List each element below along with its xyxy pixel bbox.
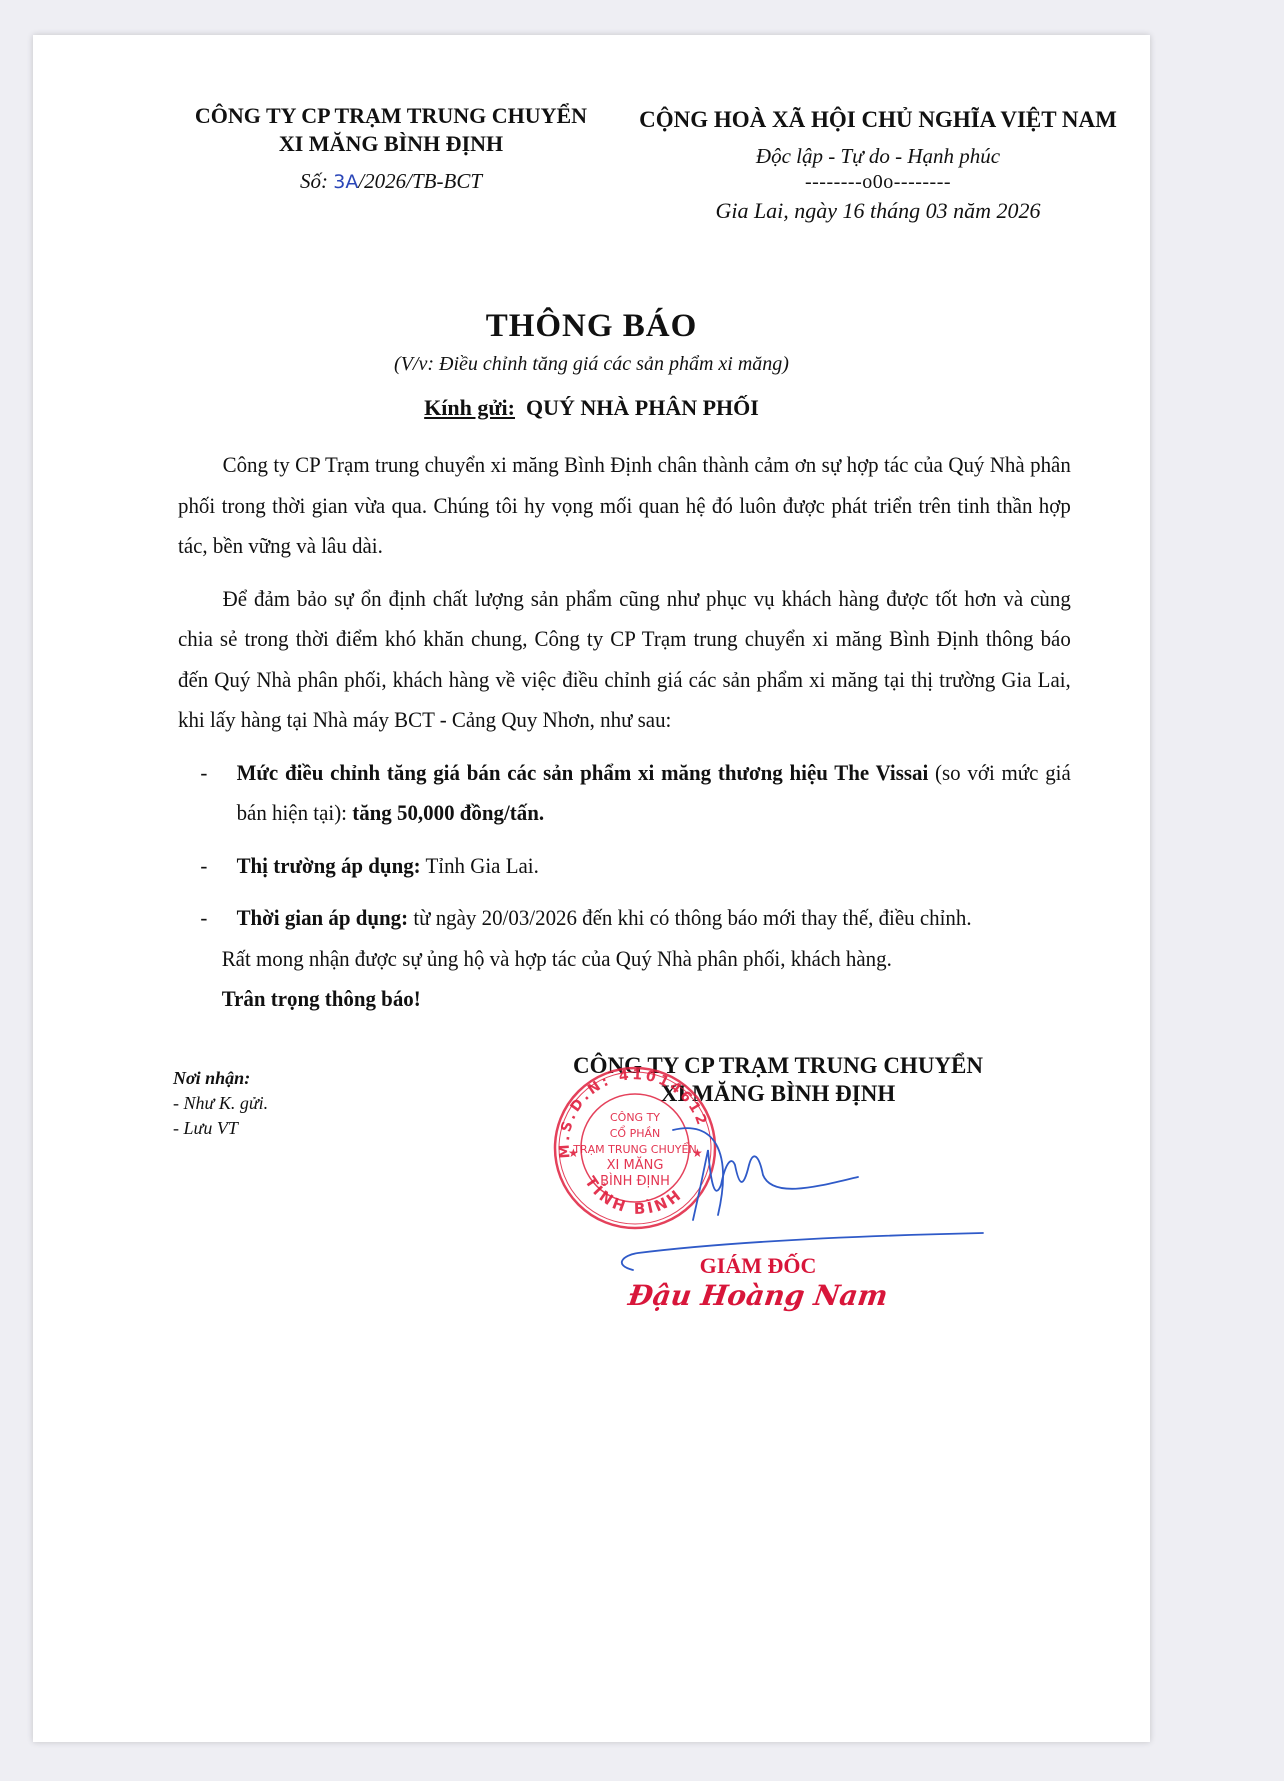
bullet-bold-text: Thời gian áp dụng: (237, 905, 409, 930)
document-subject: (V/v: Điều chỉnh tăng giá các sản phẩm x… (33, 353, 1150, 376)
issuer-company-name: CÔNG TY CP TRẠM TRUNG CHUYỂN XI MĂNG BÌN… (166, 102, 616, 158)
signatory-position: GIÁM ĐỐC (593, 1253, 923, 1279)
bullet-market: -Thị trường áp dụng: Tỉnh Gia Lai. (178, 846, 1071, 887)
recipients-heading: Nơi nhận: (173, 1066, 268, 1091)
bullet-dash: - (200, 898, 207, 939)
recipients-block: Nơi nhận: - Như K. gửi. - Lưu VT (173, 1066, 268, 1141)
bullet-dash: - (200, 846, 207, 887)
national-motto: Độc lập - Tự do - Hạnh phúc (623, 139, 1133, 173)
recipient-line: Kính gửi: QUÝ NHÀ PHÂN PHỐI (33, 395, 1150, 421)
nation-title: CỘNG HOÀ XÃ HỘI CHỦ NGHĨA VIỆT NAM (623, 105, 1133, 135)
document-title: THÔNG BÁO (33, 308, 1150, 345)
document-body: Công ty CP Trạm trung chuyển xi măng Bìn… (178, 445, 1071, 1020)
closing-request: Rất mong nhận được sự ủng hộ và hợp tác … (178, 939, 1071, 980)
recipient-item: - Lưu VT (173, 1116, 268, 1141)
issuer-line-2: XI MĂNG BÌNH ĐỊNH (166, 130, 616, 158)
body-paragraph-2: Để đảm bảo sự ổn định chất lượng sản phẩ… (178, 579, 1071, 741)
body-paragraph-1: Công ty CP Trạm trung chuyển xi măng Bìn… (178, 445, 1071, 567)
handwritten-number: 3A (333, 171, 358, 193)
national-header: CỘNG HOÀ XÃ HỘI CHỦ NGHĨA VIỆT NAM Độc l… (623, 105, 1133, 231)
bullet-bold-tail: tăng 50,000 đồng/tấn. (352, 800, 544, 825)
number-prefix: Số: (300, 169, 328, 193)
document-page: CÔNG TY CP TRẠM TRUNG CHUYỂN XI MĂNG BÌN… (33, 35, 1150, 1742)
document-number: Số: 3A/2026/TB-BCT (166, 169, 616, 194)
handwritten-signature-icon (593, 1105, 1003, 1275)
bullet-effective-date: -Thời gian áp dụng: từ ngày 20/03/2026 đ… (178, 898, 1071, 939)
bullet-dash: - (200, 753, 207, 794)
bullet-bold-text: Mức điều chỉnh tăng giá bán các sản phẩm… (237, 760, 929, 785)
bullet-price-adjustment: -Mức điều chỉnh tăng giá bán các sản phẩ… (178, 753, 1071, 834)
recipient-value: QUÝ NHÀ PHÂN PHỐI (526, 395, 759, 420)
bullet-text: từ ngày 20/03/2026 đến khi có thông báo … (408, 905, 971, 930)
recipient-item: - Như K. gửi. (173, 1091, 268, 1116)
issuer-line-1: CÔNG TY CP TRẠM TRUNG CHUYỂN (166, 102, 616, 130)
bullet-text: Tỉnh Gia Lai. (421, 853, 539, 878)
bullet-bold-text: Thị trường áp dụng: (237, 853, 421, 878)
header-separator: --------o0o-------- (623, 173, 1133, 191)
signatory-name: Đậu Hoàng Nam (591, 1279, 926, 1312)
number-suffix: /2026/TB-BCT (358, 169, 482, 193)
closing-regards: Trân trọng thông báo! (178, 979, 1071, 1020)
recipient-label: Kính gửi: (424, 395, 515, 420)
place-date: Gia Lai, ngày 16 tháng 03 năm 2026 (623, 191, 1133, 231)
